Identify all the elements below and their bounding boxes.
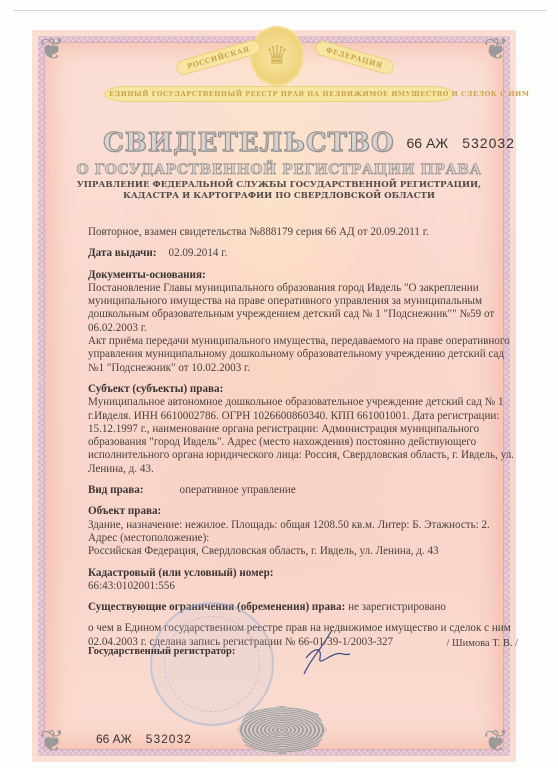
issuing-office-line1: УПРАВЛЕНИЕ ФЕДЕРАЛЬНОЙ СЛУЖБЫ ГОСУДАРСТВ… [0,180,558,191]
right-type-value: оперативное управление [180,484,296,496]
certificate-body: Повторное, взамен свидетельства №888179 … [88,226,518,657]
subject-label: Субъект (субъекты) права: [88,383,518,396]
cadastral-number: 66:43:0102001:556 [88,580,518,593]
subject-text: Муниципальное автономное дошкольное обра… [88,396,518,476]
issuing-office-line2: КАДАСТРА И КАРТОГРАФИИ ПО СВЕРДЛОВСКОЙ О… [0,191,558,202]
serial-number-top: 66 АЖ532032 [407,135,515,151]
corner-ornament-icon: ❦ [476,30,516,70]
restrictions-row: Существующие ограничения (обременения) п… [88,601,518,614]
official-seal [150,602,274,726]
ribbon-registry: ЕДИНЫЙ ГОСУДАРСТВЕННЫЙ РЕЕСТР ПРАВ НА НЕ… [104,86,454,102]
restrictions-value: не зарегистрировано [348,601,446,613]
right-type-label: Вид права: [88,484,144,496]
repeat-note: Повторное, взамен свидетельства №888179 … [88,226,518,239]
documents-label: Документы-основания: [88,269,518,282]
registrar-name: / Шимова Т. В. / [446,638,518,649]
subject-section: Субъект (субъекты) права: Муниципальное … [88,383,518,476]
object-label: Объект права: [88,505,518,518]
title-block: СВИДЕТЕЛЬСТВО 66 АЖ532032 О ГОСУДАРСТВЕН… [0,128,558,202]
signature-icon [292,628,352,678]
right-type-row: Вид права:оперативное управление [88,484,518,497]
object-section: Объект права: Здание, назначение: нежило… [88,505,518,558]
documents-section: Документы-основания: Постановление Главы… [88,269,518,375]
object-text-1: Здание, назначение: нежилое. Площадь: об… [88,519,518,532]
documents-text-2: Акт приёма передачи муниципального имуще… [88,335,518,375]
object-text-2: Адрес (местоположение): [88,532,518,545]
series: 66 АЖ [96,732,132,746]
issue-date-row: Дата выдачи:02.09.2014 г. [88,247,518,260]
issue-date-label: Дата выдачи: [88,247,157,259]
number: 532032 [462,135,515,151]
corner-ornament-icon: ❦ [32,30,72,70]
serial-number-bottom: 66 АЖ532032 [96,732,192,746]
corner-ornament-icon: ❦ [32,722,72,762]
object-text-3: Российская Федерация, Свердловская облас… [88,545,518,558]
cadastral-section: Кадастровый (или условный) номер: 66:43:… [88,567,518,594]
scan-edge [14,10,546,11]
registrar-label: Государственный регистратор: [88,646,235,657]
double-headed-eagle-icon: ♛ [252,28,302,84]
documents-text-1: Постановление Главы муниципального образ… [88,282,518,335]
corner-ornament-icon: ❦ [476,722,516,762]
cadastral-label: Кадастровый (или условный) номер: [88,567,518,580]
series: 66 АЖ [407,135,449,151]
number: 532032 [146,732,192,746]
document-title: СВИДЕТЕЛЬСТВО [103,128,394,158]
document-subtitle: О ГОСУДАРСТВЕННОЙ РЕГИСТРАЦИИ ПРАВА [0,162,558,178]
state-emblem: ♛ [252,28,302,84]
issue-date-value: 02.09.2014 г. [169,247,228,259]
issuing-office: УПРАВЛЕНИЕ ФЕДЕРАЛЬНОЙ СЛУЖБЫ ГОСУДАРСТВ… [0,180,558,202]
